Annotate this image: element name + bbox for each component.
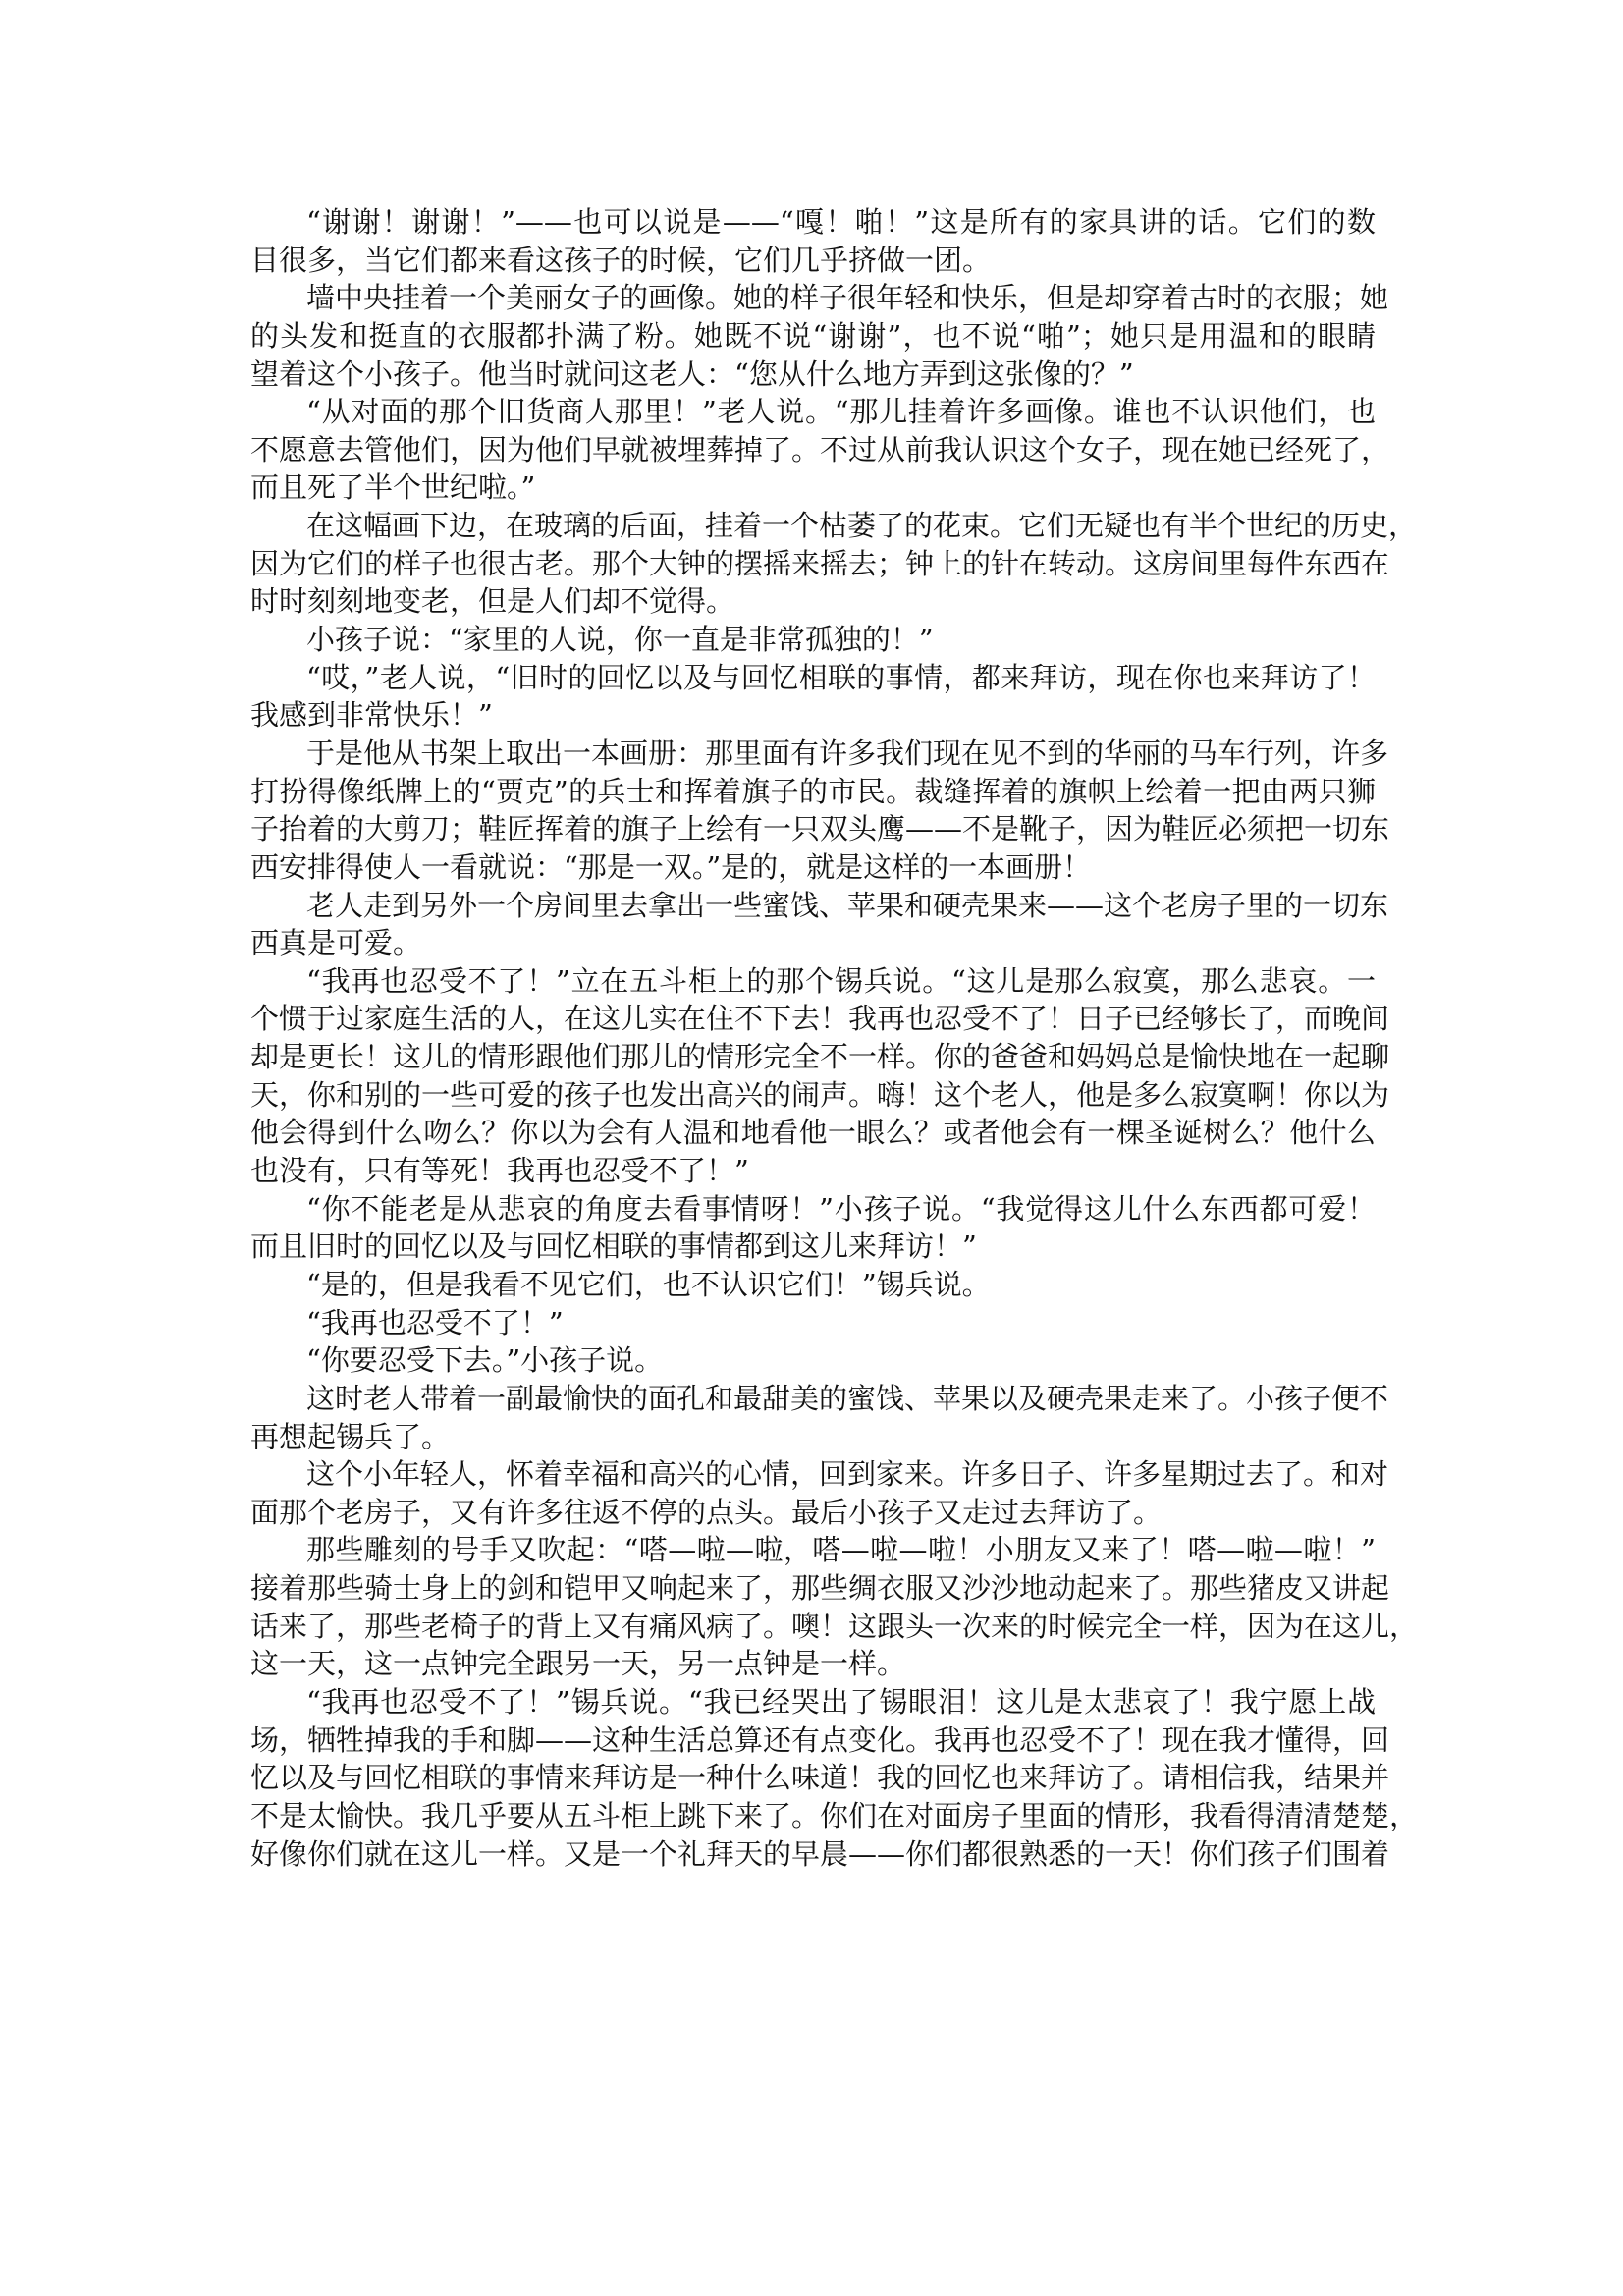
text-line: 于是他从书架上取出一本画册：那里面有许多我们现在见不到的华丽的马车行列，许多 — [250, 735, 1376, 773]
text-line: 话来了，那些老椅子的背上又有痛风病了。噢！这跟头一次来的时候完全一样，因为在这儿… — [250, 1608, 1376, 1646]
text-line: 再想起锡兵了。 — [250, 1418, 1376, 1456]
document-page: “谢谢！谢谢！”——也可以说是——“嘎！啪！”这是所有的家具讲的话。它们的数目很… — [250, 203, 1380, 1873]
text-line: 不愿意去管他们，因为他们早就被埋葬掉了。不过从前我认识这个女子，现在她已经死了， — [250, 431, 1376, 469]
text-line: 在这幅画下边，在玻璃的后面，挂着一个枯萎了的花束。它们无疑也有半个世纪的历史， — [250, 507, 1376, 545]
text-line: 却是更长！这儿的情形跟他们那儿的情形完全不一样。你的爸爸和妈妈总是愉快地在一起聊 — [250, 1038, 1376, 1076]
text-line: “谢谢！谢谢！”——也可以说是——“嘎！啪！”这是所有的家具讲的话。它们的数 — [250, 203, 1376, 242]
paragraph: 小孩子说：“家里的人说，你一直是非常孤独的！” — [250, 621, 1380, 659]
text-line: 那些雕刻的号手又吹起：“嗒—啦—啦，嗒—啦—啦！小朋友又来了！嗒—啦—啦！” — [250, 1531, 1376, 1569]
paragraph: “是的，但是我看不见它们，也不认识它们！”锡兵说。 — [250, 1266, 1380, 1304]
text-line: “你不能老是从悲哀的角度去看事情呀！”小孩子说。“我觉得这儿什么东西都可爱！ — [250, 1190, 1376, 1229]
text-line: “是的，但是我看不见它们，也不认识它们！”锡兵说。 — [250, 1266, 1376, 1304]
text-line: 这时老人带着一副最愉快的面孔和最甜美的蜜饯、苹果以及硬壳果走来了。小孩子便不 — [250, 1380, 1376, 1418]
paragraph: 那些雕刻的号手又吹起：“嗒—啦—啦，嗒—啦—啦！小朋友又来了！嗒—啦—啦！”接着… — [250, 1531, 1380, 1683]
paragraph: 墙中央挂着一个美丽女子的画像。她的样子很年轻和快乐，但是却穿着古时的衣服；她的头… — [250, 279, 1380, 393]
text-line: 目很多，当它们都来看这孩子的时候，它们几乎挤做一团。 — [250, 242, 1376, 280]
paragraph: 于是他从书架上取出一本画册：那里面有许多我们现在见不到的华丽的马车行列，许多打扮… — [250, 735, 1380, 887]
paragraph: 在这幅画下边，在玻璃的后面，挂着一个枯萎了的花束。它们无疑也有半个世纪的历史，因… — [250, 507, 1380, 621]
paragraph: “哎，”老人说，“旧时的回忆以及与回忆相联的事情，都来拜访，现在你也来拜访了！我… — [250, 659, 1380, 735]
text-line: 也没有，只有等死！我再也忍受不了！” — [250, 1152, 1376, 1190]
text-line: 的头发和挺直的衣服都扑满了粉。她既不说“谢谢”，也不说“啪”；她只是用温和的眼睛 — [250, 317, 1376, 355]
paragraph: “我再也忍受不了！” — [250, 1304, 1380, 1342]
text-line: 这个小年轻人，怀着幸福和高兴的心情，回到家来。许多日子、许多星期过去了。和对 — [250, 1455, 1376, 1494]
paragraph: 这个小年轻人，怀着幸福和高兴的心情，回到家来。许多日子、许多星期过去了。和对面那… — [250, 1455, 1380, 1531]
text-line: 接着那些骑士身上的剑和铠甲又响起来了，那些绸衣服又沙沙地动起来了。那些猪皮又讲起 — [250, 1569, 1376, 1608]
paragraph: “从对面的那个旧货商人那里！”老人说。“那儿挂着许多画像。谁也不认识他们，也不愿… — [250, 393, 1380, 507]
text-line: “我再也忍受不了！”锡兵说。“我已经哭出了锡眼泪！这儿是太悲哀了！我宁愿上战 — [250, 1683, 1376, 1722]
text-line: 子抬着的大剪刀；鞋匠挥着的旗子上绘有一只双头鹰——不是靴子，因为鞋匠必须把一切东 — [250, 810, 1376, 848]
text-line: 小孩子说：“家里的人说，你一直是非常孤独的！” — [250, 621, 1376, 659]
text-line: “你要忍受下去。”小孩子说。 — [250, 1341, 1376, 1380]
paragraph: “你要忍受下去。”小孩子说。 — [250, 1341, 1380, 1380]
paragraph: “谢谢！谢谢！”——也可以说是——“嘎！啪！”这是所有的家具讲的话。它们的数目很… — [250, 203, 1380, 279]
text-line: 西真是可爱。 — [250, 924, 1376, 962]
text-line: 望着这个小孩子。他当时就问这老人：“您从什么地方弄到这张像的？” — [250, 355, 1376, 394]
text-line: 不是太愉快。我几乎要从五斗柜上跳下来了。你们在对面房子里面的情形，我看得清清楚楚… — [250, 1797, 1376, 1835]
paragraph: “你不能老是从悲哀的角度去看事情呀！”小孩子说。“我觉得这儿什么东西都可爱！而且… — [250, 1190, 1380, 1266]
text-line: 老人走到另外一个房间里去拿出一些蜜饯、苹果和硬壳果来——这个老房子里的一切东 — [250, 887, 1376, 925]
paragraph: 这时老人带着一副最愉快的面孔和最甜美的蜜饯、苹果以及硬壳果走来了。小孩子便不再想… — [250, 1380, 1380, 1455]
text-line: 这一天，这一点钟完全跟另一天，另一点钟是一样。 — [250, 1645, 1376, 1683]
text-line: 好像你们就在这儿一样。又是一个礼拜天的早晨——你们都很熟悉的一天！你们孩子们围着 — [250, 1835, 1376, 1874]
text-line: 打扮得像纸牌上的“贾克”的兵士和挥着旗子的市民。裁缝挥着的旗帜上绘着一把由两只狮 — [250, 773, 1376, 811]
text-line: 而且死了半个世纪啦。” — [250, 468, 1376, 507]
text-line: 天，你和别的一些可爱的孩子也发出高兴的闹声。嗨！这个老人，他是多么寂寞啊！你以为 — [250, 1076, 1376, 1115]
text-line: 而且旧时的回忆以及与回忆相联的事情都到这儿来拜访！” — [250, 1228, 1376, 1266]
text-line: 个惯于过家庭生活的人，在这儿实在住不下去！我再也忍受不了！日子已经够长了，而晚间 — [250, 1000, 1376, 1038]
paragraph: “我再也忍受不了！”立在五斗柜上的那个锡兵说。“这儿是那么寂寞，那么悲哀。一个惯… — [250, 962, 1380, 1190]
text-line: “我再也忍受不了！”立在五斗柜上的那个锡兵说。“这儿是那么寂寞，那么悲哀。一 — [250, 962, 1376, 1001]
paragraph: 老人走到另外一个房间里去拿出一些蜜饯、苹果和硬壳果来——这个老房子里的一切东西真… — [250, 887, 1380, 962]
text-line: 因为它们的样子也很古老。那个大钟的摆摇来摇去；钟上的针在转动。这房间里每件东西在 — [250, 545, 1376, 583]
paragraph: “我再也忍受不了！”锡兵说。“我已经哭出了锡眼泪！这儿是太悲哀了！我宁愿上战场，… — [250, 1683, 1380, 1873]
text-line: 场，牺牲掉我的手和脚——这种生活总算还有点变化。我再也忍受不了！现在我才懂得，回 — [250, 1722, 1376, 1760]
text-line: 墙中央挂着一个美丽女子的画像。她的样子很年轻和快乐，但是却穿着古时的衣服；她 — [250, 279, 1376, 317]
text-line: 时时刻刻地变老，但是人们却不觉得。 — [250, 582, 1376, 621]
text-line: 西安排得使人一看就说：“那是一双。”是的，就是这样的一本画册！ — [250, 848, 1376, 887]
text-line: 我感到非常快乐！” — [250, 696, 1376, 735]
text-line: 忆以及与回忆相联的事情来拜访是一种什么味道！我的回忆也来拜访了。请相信我，结果并 — [250, 1759, 1376, 1797]
text-line: “我再也忍受不了！” — [250, 1304, 1376, 1342]
text-line: “从对面的那个旧货商人那里！”老人说。“那儿挂着许多画像。谁也不认识他们，也 — [250, 393, 1376, 431]
text-line: “哎，”老人说，“旧时的回忆以及与回忆相联的事情，都来拜访，现在你也来拜访了！ — [250, 659, 1376, 697]
text-line: 面那个老房子，又有许多往返不停的点头。最后小孩子又走过去拜访了。 — [250, 1494, 1376, 1532]
text-line: 他会得到什么吻么？你以为会有人温和地看他一眼么？或者他会有一棵圣诞树么？他什么 — [250, 1114, 1376, 1152]
